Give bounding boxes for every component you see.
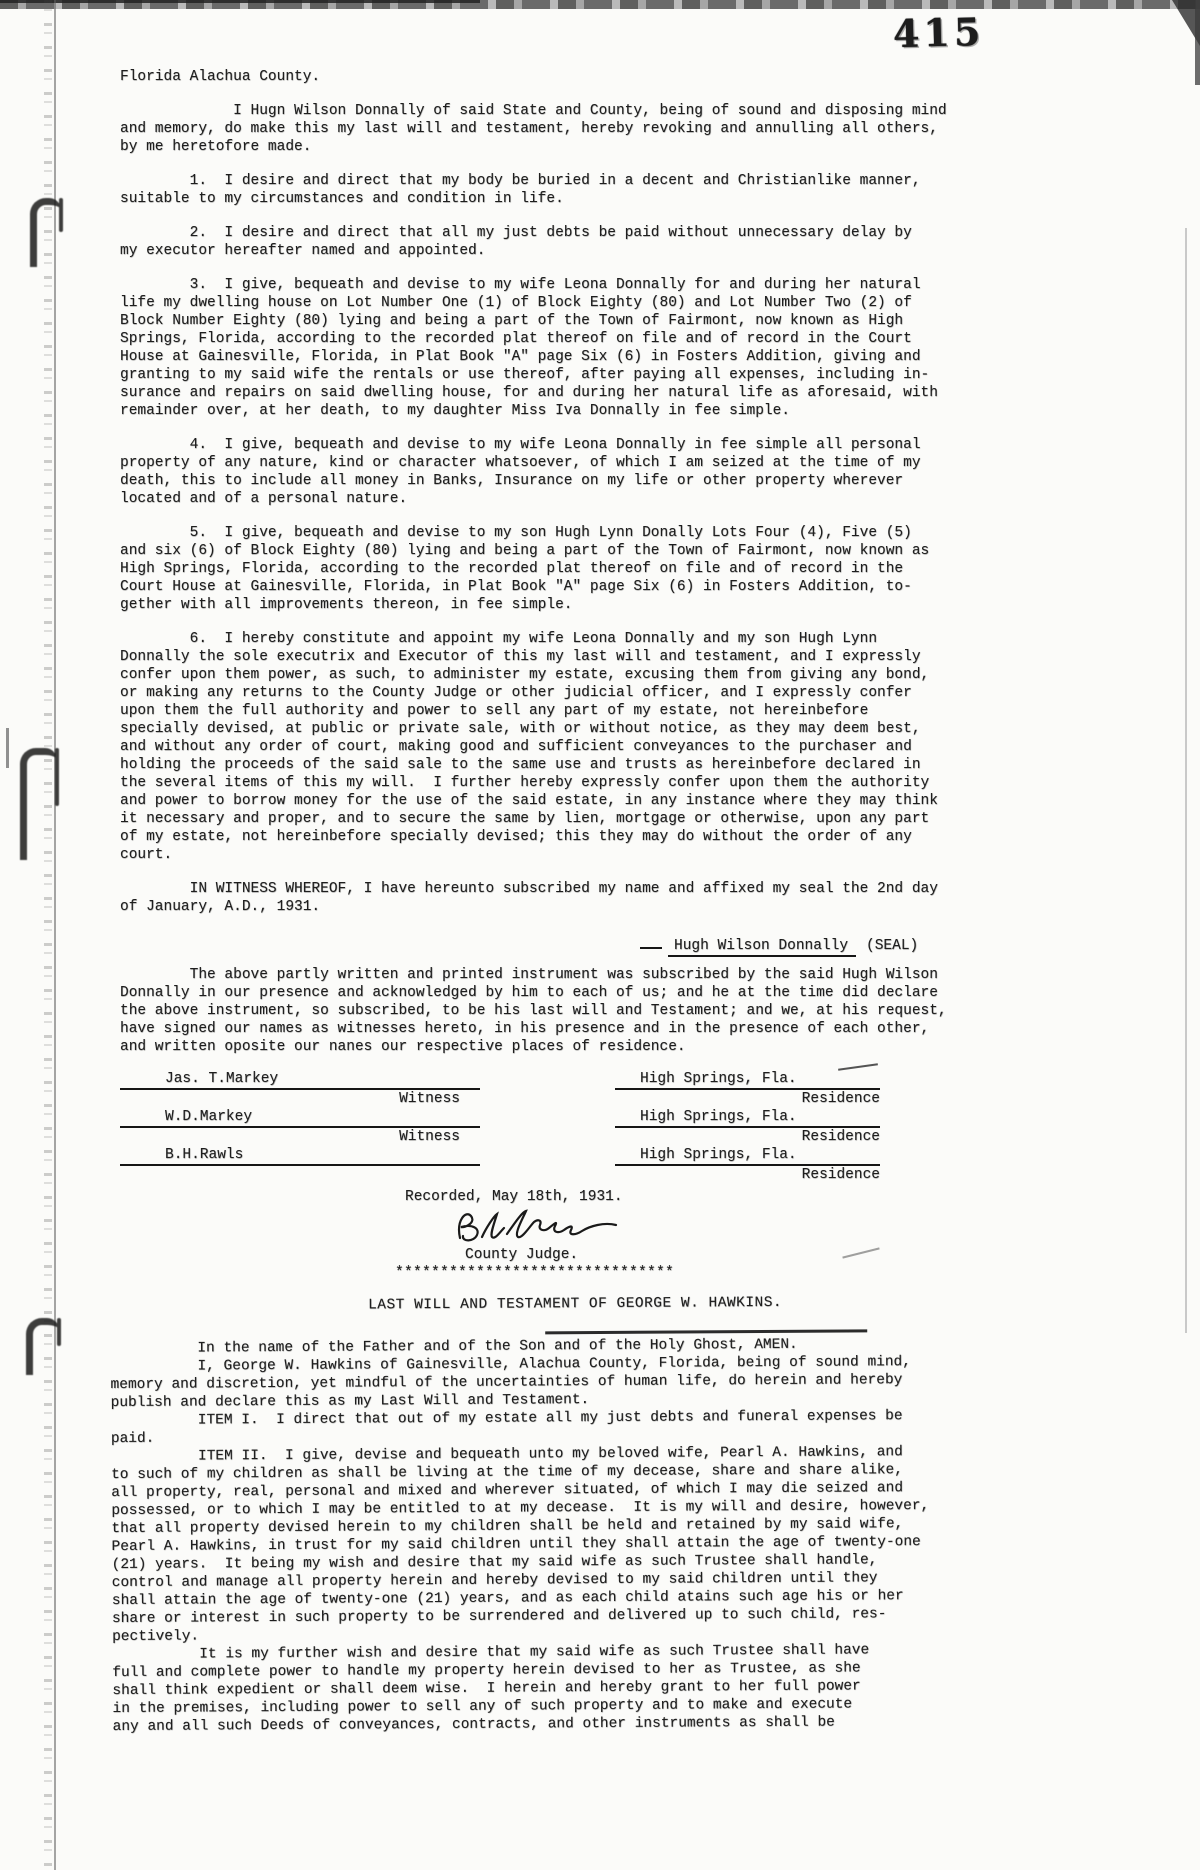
typed-line: 1. I desire and direct that my body be b… [120,172,980,190]
witness-name: B.H.Rawls [120,1146,480,1166]
witness-row: Jas. T.Markey Witness High Springs, Fla.… [120,1070,980,1108]
typed-line [120,420,980,436]
typed-line: and written oposite our nanes our respec… [120,1038,980,1056]
typed-line [120,614,980,630]
typed-line [120,864,980,880]
typed-line: Block Number Eighty (80) lying and being… [120,312,980,330]
typed-line: life my dwelling house on Lot Number One… [120,294,980,312]
typed-line: 2. I desire and direct that all my just … [120,224,980,242]
scan-left-speckle [44,0,52,1870]
seal-label: (SEAL) [856,938,918,954]
witness-residence: High Springs, Fla. [615,1146,880,1166]
typed-line: 5. I give, bequeath and devise to my son… [120,524,980,542]
typed-line: High Springs, Florida, according to the … [120,560,980,578]
typed-line: 3. I give, bequeath and devise to my wif… [120,276,980,294]
scan-right-edge-mark [1195,0,1200,85]
typed-line: and without any order of court, making g… [120,738,980,756]
witness-name: Jas. T.Markey [120,1070,480,1090]
hawkins-will-title: LAST WILL AND TESTAMENT OF GEORGE W. HAW… [368,1293,980,1315]
typed-line: suitable to my circumstances and conditi… [120,190,980,208]
witness-row: B.H.Rawls High Springs, Fla. Residence [120,1146,980,1184]
scan-tick-mark [6,728,9,768]
witness-cell: W.D.Markey Witness [120,1108,480,1146]
document-body: Florida Alachua County. I Hugn Wilson Do… [120,68,980,1736]
scan-edge-band-dark [0,0,480,3]
typed-line: The above partly written and printed ins… [120,966,980,984]
witness-block: Jas. T.Markey Witness High Springs, Fla.… [120,1070,980,1184]
typed-line: court. [120,846,980,864]
recorded-line: Recorded, May 18th, 1931. [405,1188,980,1206]
testator-signature-row: Hugh Wilson Donnally(SEAL) [640,932,980,952]
hawkins-will-section: LAST WILL AND TESTAMENT OF GEORGE W. HAW… [110,1293,983,1736]
scan-right-fold-line [1185,228,1187,1333]
witness-label [120,1166,480,1184]
typed-line: Springs, Florida, according to the recor… [120,330,980,348]
typed-line: House at Gainesville, Florida, in Plat B… [120,348,980,366]
typed-line: 4. I give, bequeath and devise to my wif… [120,436,980,454]
typed-line: Donnally in our presence and acknowledge… [120,984,980,1002]
page-number: 415 [892,9,984,56]
judge-signature-handwriting [450,1204,630,1250]
witness-residence: High Springs, Fla. [615,1108,880,1128]
typed-line: specially devised, at public or private … [120,720,980,738]
residence-cell: High Springs, Fla. Residence [615,1146,880,1184]
typed-line: Donnally the sole executrix and Executor… [120,648,980,666]
typed-line: it necessary and proper, and to secure t… [120,810,980,828]
typed-line [120,508,980,524]
binder-clip-mark [20,748,57,860]
binder-clip-mark [26,1318,59,1375]
residence-cell: High Springs, Fla. Residence [615,1108,880,1146]
typed-line: confer upon them power, as such, to admi… [120,666,980,684]
typed-line: surance and repairs on said dwelling hou… [120,384,980,402]
typed-line [120,260,980,276]
witness-cell: B.H.Rawls [120,1146,480,1184]
typed-line: property of any nature, kind or characte… [120,454,980,472]
typed-line: Florida Alachua County. [120,68,980,86]
residence-cell: High Springs, Fla. Residence [615,1070,880,1108]
typed-line: death, this to include all money in Bank… [120,472,980,490]
witness-label: Witness [120,1090,480,1108]
witness-cell: Jas. T.Markey Witness [120,1070,480,1108]
typed-line: or making any returns to the County Judg… [120,684,980,702]
typed-line: Court House at Gainesville, Florida, in … [120,578,980,596]
residence-label: Residence [615,1166,880,1184]
typed-line: and power to borrow money for the use of… [120,792,980,810]
scan-line-artifact [545,1329,867,1333]
signature-lead-line [640,932,662,949]
typed-line: remainder over, at her death, to my daug… [120,402,980,420]
typed-line: of my estate, not hereinbefore specially… [120,828,980,846]
residence-label: Residence [615,1090,880,1108]
typed-line: have signed our names as witnesses heret… [120,1020,980,1038]
typed-line [120,208,980,224]
typed-line: and memory, do make this my last will an… [120,120,980,138]
scanned-page: 415 Florida Alachua County. I Hugn Wilso… [0,0,1200,1870]
typed-line: located and of a personal nature. [120,490,980,508]
testator-signature-name: Hugh Wilson Donnally [668,938,856,957]
typed-line: gether with all improvements thereon, in… [120,596,980,614]
hawkins-will-text: In the name of the Father and of the Son… [110,1335,982,1736]
typed-line: upon them the full authority and power t… [120,702,980,720]
typed-line [120,86,980,102]
scan-left-edge-line [54,0,56,1870]
typed-line: holding the proceeds of the said sale to… [120,756,980,774]
judge-title: County Judge. [465,1246,980,1264]
witness-residence: High Springs, Fla. [615,1070,880,1090]
typed-line: by me heretofore made. [120,138,980,156]
donnally-will-text: Florida Alachua County. I Hugn Wilson Do… [120,68,980,916]
typed-line: IN WITNESS WHEREOF, I have hereunto subs… [120,880,980,898]
attestation-text: The above partly written and printed ins… [120,966,980,1056]
witness-label: Witness [120,1128,480,1146]
typed-line: of January, A.D., 1931. [120,898,980,916]
binder-clip-mark [30,198,61,267]
asterisk-divider: ******************************* [395,1264,980,1282]
typed-line: the several items of this my will. I fur… [120,774,980,792]
witness-name: W.D.Markey [120,1108,480,1128]
typed-line: the above instrument, so subscribed, to … [120,1002,980,1020]
typed-line: 6. I hereby constitute and appoint my wi… [120,630,980,648]
typed-line: I Hugn Wilson Donnally of said State and… [120,102,980,120]
typed-line: and six (6) of Block Eighty (80) lying a… [120,542,980,560]
typed-line: my executor hereafter named and appointe… [120,242,980,260]
witness-row: W.D.Markey Witness High Springs, Fla. Re… [120,1108,980,1146]
typed-line [120,156,980,172]
residence-label: Residence [615,1128,880,1146]
typed-line: granting to my said wife the rentals or … [120,366,980,384]
